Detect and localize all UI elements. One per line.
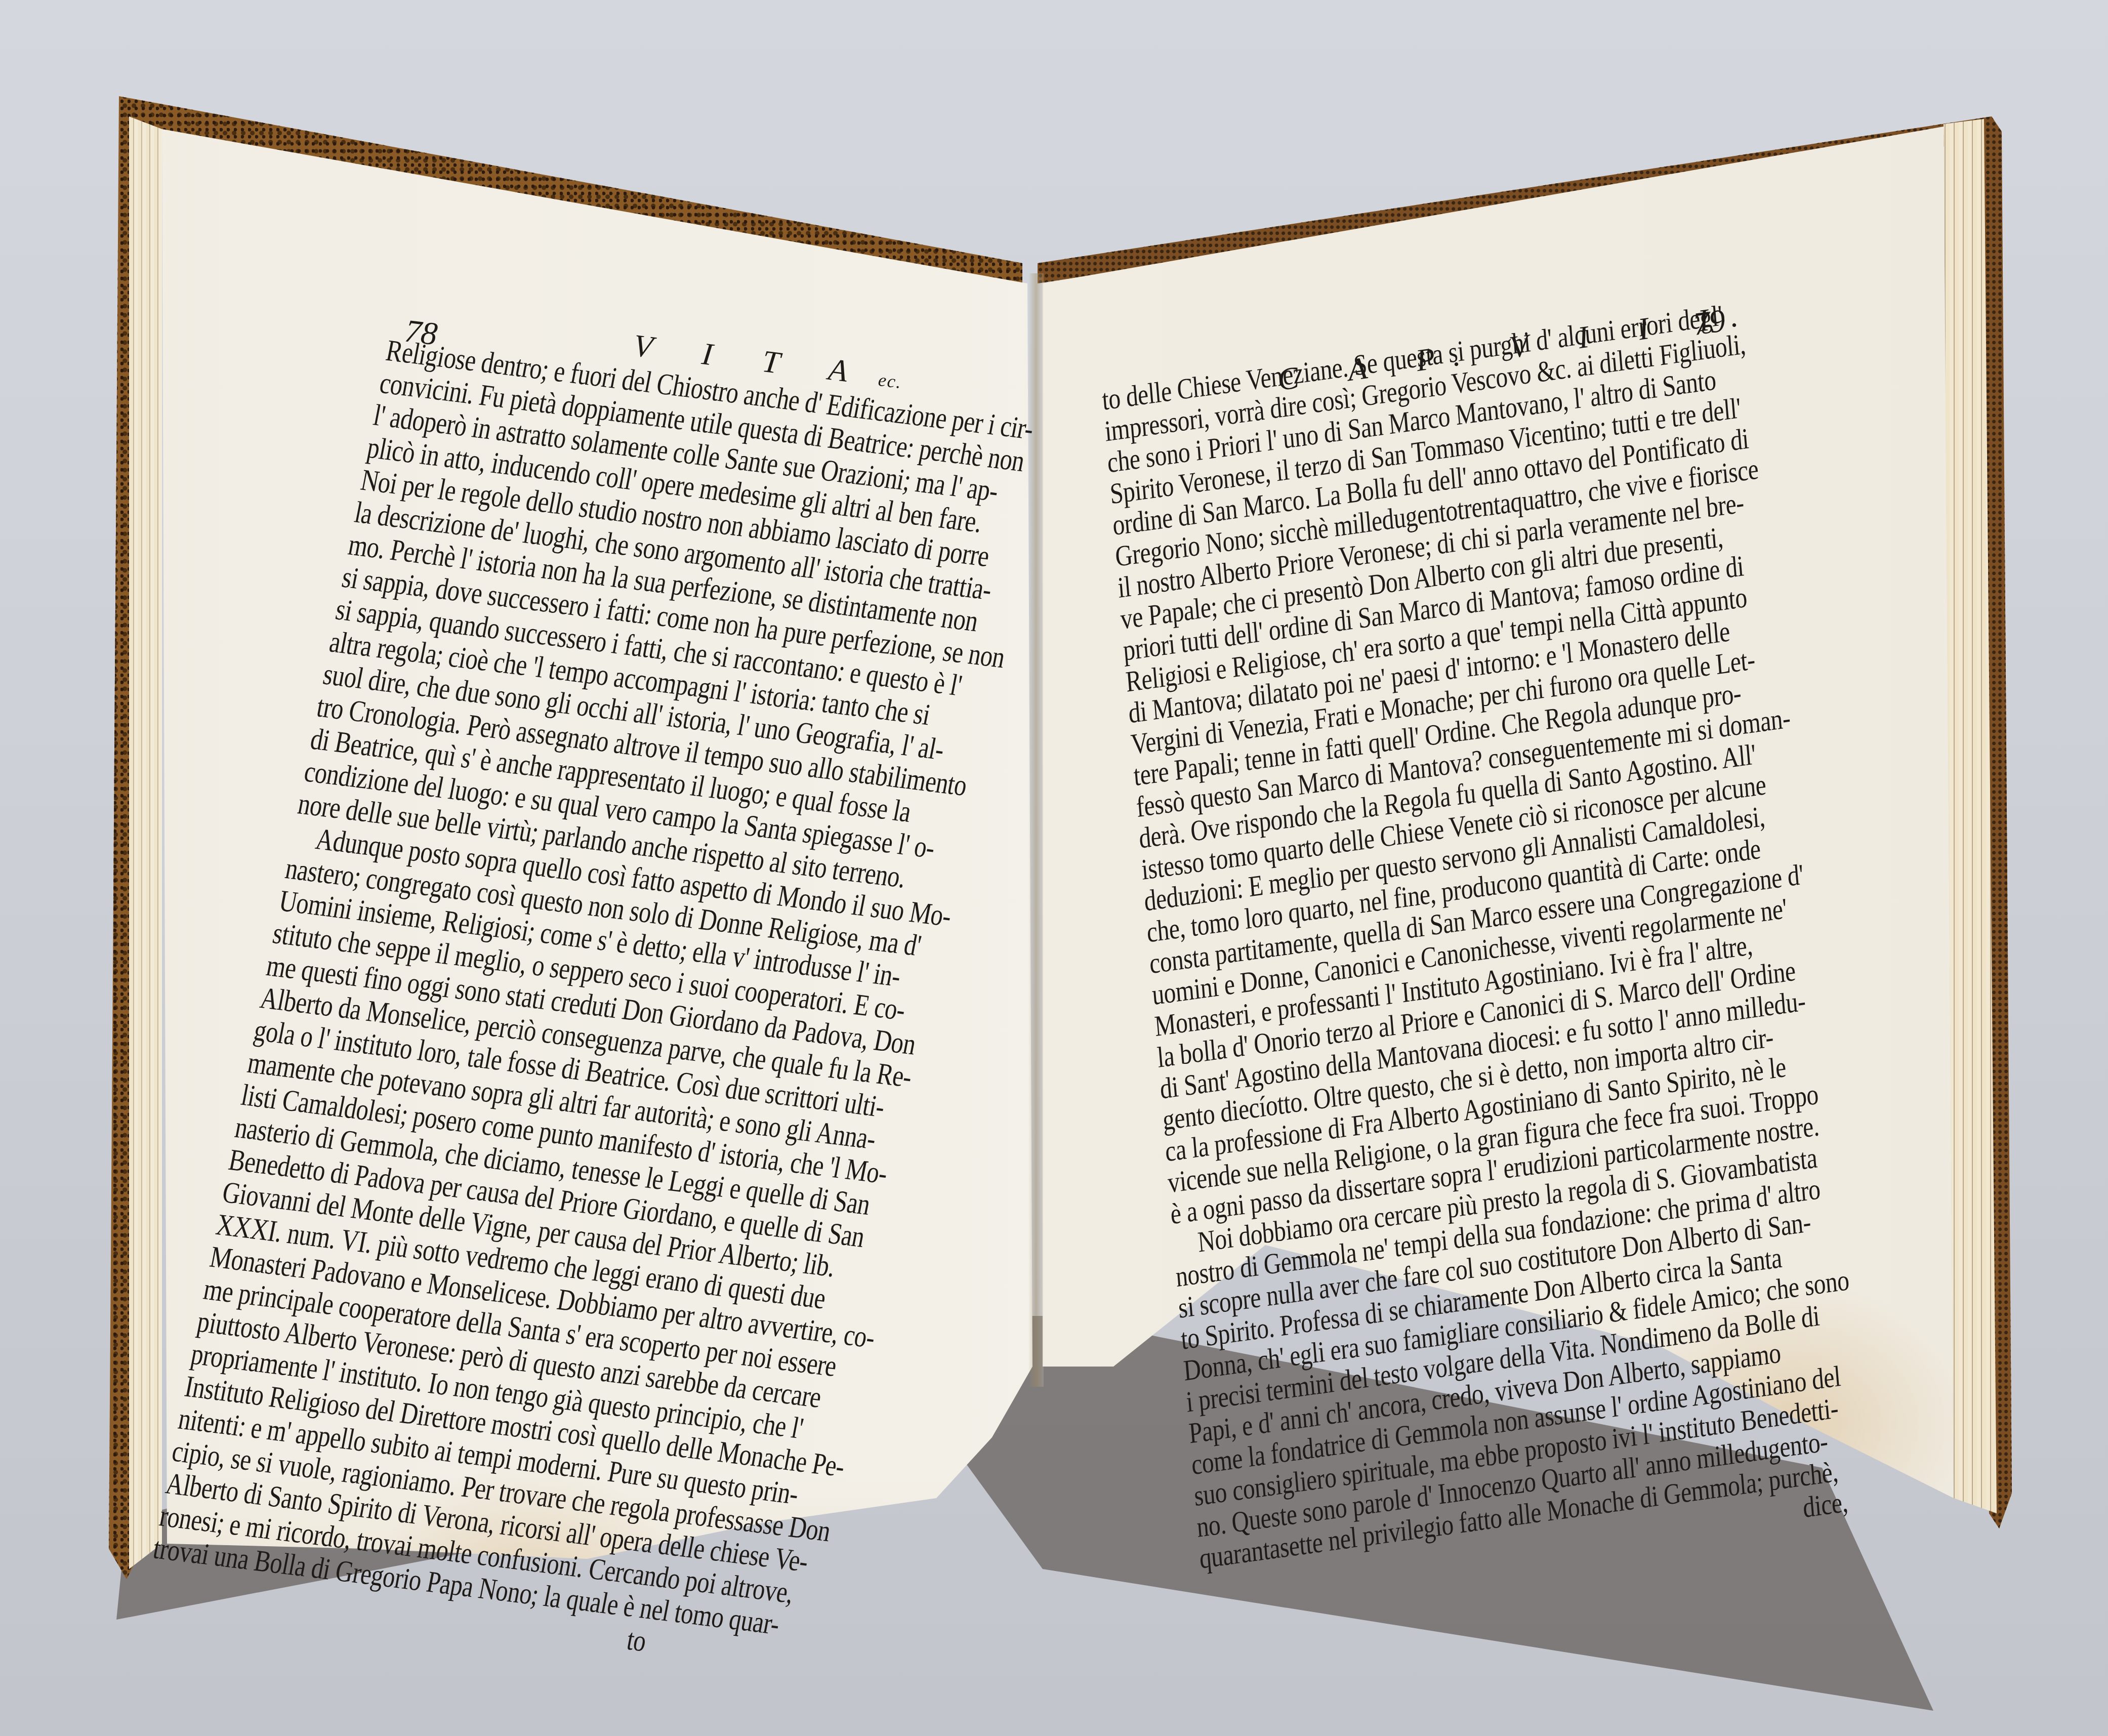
running-head-suffix: ec. bbox=[877, 369, 903, 392]
photo-scene: 78 V I T Aec. Religiose dentro; e fuori … bbox=[0, 0, 2108, 1736]
right-page-text: to delle Chiese Veneziane. Se questa si … bbox=[1101, 295, 1861, 1606]
